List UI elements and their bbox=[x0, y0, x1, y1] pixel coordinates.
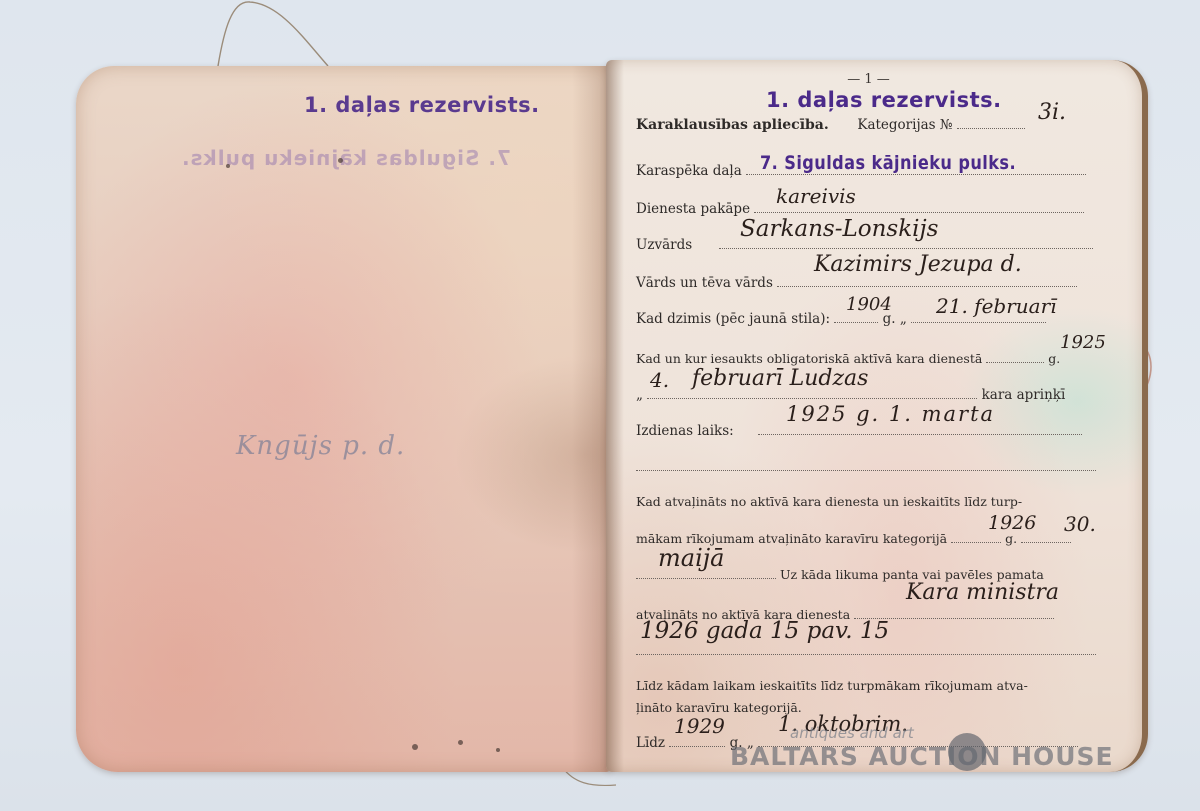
spine-shadow bbox=[606, 60, 624, 772]
field-label: Karaklausības apliecība. bbox=[636, 117, 829, 133]
field-label: Uzvārds bbox=[636, 237, 692, 253]
left-page: 1. daļas rezervists. 7. Siguldas kājniek… bbox=[76, 66, 612, 772]
field-label: Kad atvaļināts no aktīvā kara dienesta u… bbox=[636, 494, 1022, 509]
conscription-year-value: 1925 bbox=[1060, 332, 1106, 353]
name-patronymic-value: Kazimirs Jezupa d. bbox=[814, 252, 1022, 277]
order-number-value: 1926 gada 15 pav. 15 bbox=[640, 618, 889, 644]
stain-speck bbox=[338, 158, 343, 163]
reservist-stamp: 1. daļas rezervists. bbox=[766, 88, 1002, 112]
mirrored-regiment-stamp-offset: 7. Siguldas kājnieku pulks. bbox=[181, 146, 511, 170]
field-order-number bbox=[636, 642, 1101, 659]
order-issuer-value: Kara ministra bbox=[906, 580, 1059, 605]
stain-speck bbox=[412, 744, 418, 750]
birth-date-value: 21. februarī bbox=[936, 294, 1057, 318]
rank-value: kareivis bbox=[776, 184, 856, 208]
service-term-value: 1925 g. 1. marta bbox=[786, 402, 995, 426]
field-label: Izdienas laiks: bbox=[636, 423, 734, 439]
field-certificate-category: Karaklausības apliecība. Kategorijas № bbox=[636, 116, 1101, 133]
loose-thread-top bbox=[210, 0, 350, 70]
left-reservist-stamp: 1. daļas rezervists. bbox=[304, 93, 540, 117]
surname-value: Sarkans-Lonskijs bbox=[740, 216, 938, 242]
field-label: Līdz kādam laikam ieskaitīts līdz turpmā… bbox=[636, 678, 1028, 693]
field-military-unit: Karaspēka daļa bbox=[636, 162, 1101, 179]
field-discharge-text: Kad atvaļināts no aktīvā kara dienesta u… bbox=[636, 494, 1101, 510]
pencil-signature: Kngūjs p. d. bbox=[236, 431, 405, 461]
field-conscription: Kad un kur iesaukts obligatoriskā aktīvā… bbox=[636, 350, 1101, 367]
discharge-month-value: maijā bbox=[658, 544, 725, 572]
field-label: Vārds un tēva vārds bbox=[636, 275, 773, 291]
stain-speck bbox=[496, 748, 500, 752]
blank-line bbox=[636, 458, 1101, 475]
watermark-brand: BALTARS AUCTION HOUSE bbox=[730, 742, 1114, 771]
stain-speck bbox=[226, 164, 230, 168]
field-rank: Dienesta pakāpe bbox=[636, 200, 1101, 217]
right-page: — 1 — 1. daļas rezervists. 7. Siguldas k… bbox=[606, 60, 1148, 772]
year-suffix: g. bbox=[1048, 351, 1060, 366]
field-label: ļināto karavīru kategorijā. bbox=[636, 700, 802, 715]
field-term-text: Līdz kādam laikam ieskaitīts līdz turpmā… bbox=[636, 678, 1101, 694]
page-number: — 1 — bbox=[636, 72, 1101, 87]
conscription-day-value: 4. bbox=[650, 368, 669, 392]
term-year-value: 1929 bbox=[674, 714, 725, 738]
stain-speck bbox=[458, 740, 463, 745]
field-label: Kad un kur iesaukts obligatoriskā aktīvā… bbox=[636, 351, 982, 366]
field-label-suffix: kara apriņķī bbox=[982, 387, 1066, 403]
field-label: Karaspēka daļa bbox=[636, 163, 742, 179]
field-label: Kad dzimis (pēc jaunā stila): bbox=[636, 311, 830, 327]
birth-year-value: 1904 bbox=[846, 294, 892, 315]
discharge-day-value: 30. bbox=[1064, 512, 1096, 536]
quote-mark: „ bbox=[636, 387, 643, 403]
watermark-tagline: antiques and art bbox=[790, 724, 914, 742]
discharge-year-value: 1926 bbox=[988, 512, 1036, 534]
field-label-category: Kategorijas № bbox=[857, 117, 952, 133]
category-number-value: 3i. bbox=[1038, 100, 1066, 125]
conscription-place-value: februarī Ludzas bbox=[692, 366, 868, 391]
field-label: Līdz bbox=[636, 735, 665, 751]
field-label: Dienesta pakāpe bbox=[636, 201, 750, 217]
